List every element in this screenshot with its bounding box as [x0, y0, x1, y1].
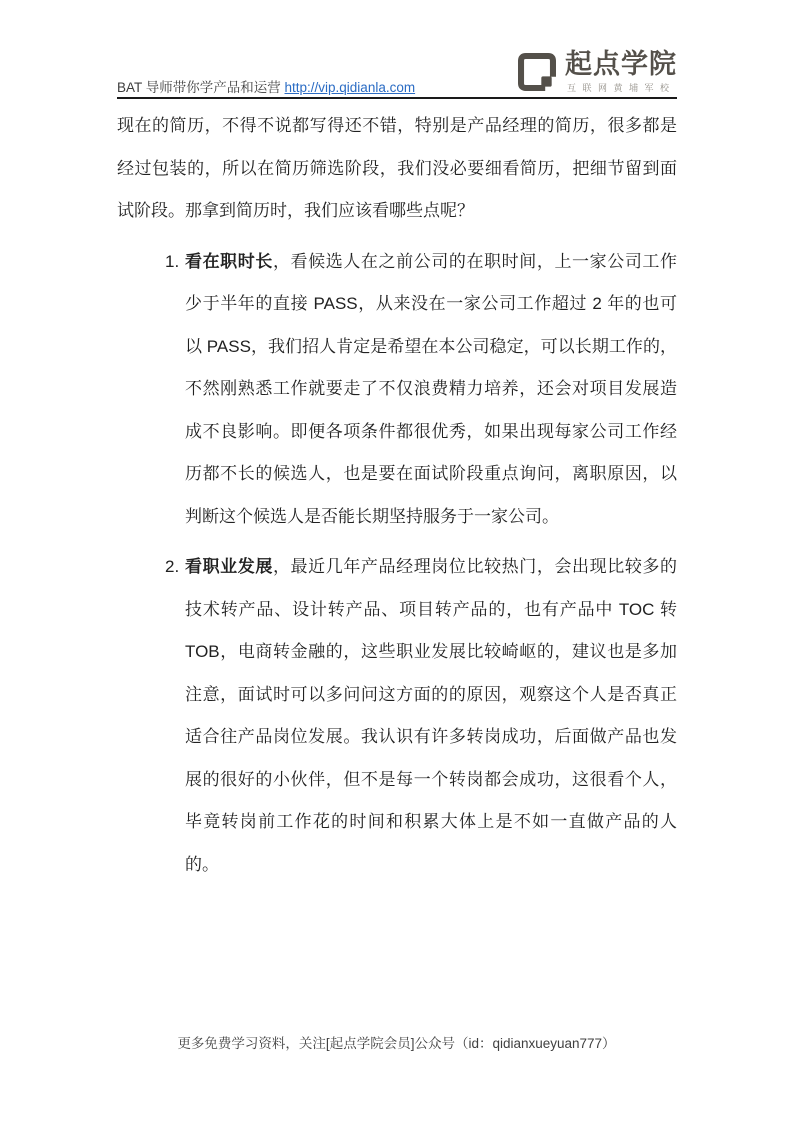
- tagline-text: BAT 导师带你学产品和运营: [117, 80, 285, 95]
- list-item-2: 2.看职业发展，最近几年产品经理岗位比较热门，会出现比较多的技术转产品、设计转产…: [117, 546, 677, 886]
- document-page: BAT 导师带你学产品和运营 http://vip.qidianla.com 起…: [0, 0, 793, 1122]
- article: 现在的简历，不得不说都写得还不错，特别是产品经理的简历，很多都是经过包装的，所以…: [117, 105, 677, 886]
- item-lead: 看职业发展: [185, 557, 273, 576]
- logo-text-block: 起点学院 互联网黄埔军校: [565, 50, 677, 94]
- item-number: 1.: [165, 241, 179, 284]
- site-link[interactable]: http://vip.qidianla.com: [285, 80, 416, 95]
- logo-bracket-icon: [518, 52, 556, 92]
- item-body: ，看候选人在之前公司的在职时间，上一家公司工作少于半年的直接 PASS，从来没在…: [185, 252, 677, 526]
- page-header: BAT 导师带你学产品和运营 http://vip.qidianla.com 起…: [117, 0, 677, 97]
- header-tagline: BAT 导师带你学产品和运营 http://vip.qidianla.com: [117, 76, 415, 96]
- list-item-1: 1.看在职时长，看候选人在之前公司的在职时间，上一家公司工作少于半年的直接 PA…: [117, 241, 677, 539]
- qidian-logo: 起点学院 互联网黄埔军校: [518, 50, 677, 94]
- numbered-list: 1.看在职时长，看候选人在之前公司的在职时间，上一家公司工作少于半年的直接 PA…: [117, 241, 677, 887]
- footer-note: 更多免费学习资料，关注[起点学院会员]公众号（id：qidianxueyuan7…: [0, 1032, 793, 1052]
- item-lead: 看在职时长: [185, 252, 273, 271]
- intro-paragraph: 现在的简历，不得不说都写得还不错，特别是产品经理的简历，很多都是经过包装的，所以…: [117, 105, 677, 233]
- logo-subtitle: 互联网黄埔军校: [565, 81, 677, 94]
- item-body: ，最近几年产品经理岗位比较热门，会出现比较多的技术转产品、设计转产品、项目转产品…: [185, 557, 677, 874]
- header-divider: [117, 97, 677, 99]
- item-number: 2.: [165, 546, 179, 589]
- logo-name: 起点学院: [565, 50, 677, 79]
